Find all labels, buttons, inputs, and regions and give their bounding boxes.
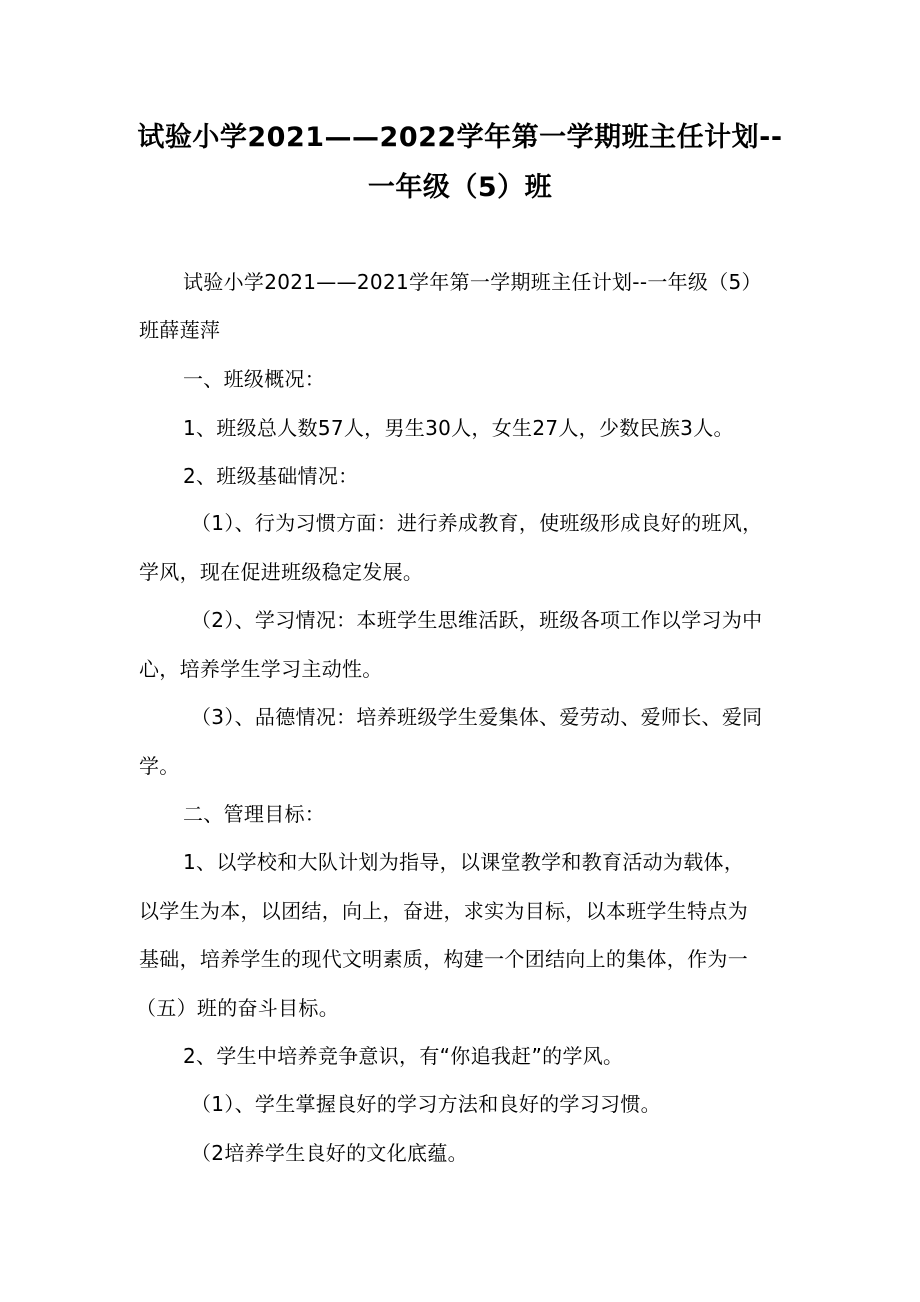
paragraph-line: 以学生为本，以团结，向上，奋进，求实为目标，以本班学生特点为 <box>139 897 748 925</box>
paragraph-line: 2、学生中培养竞争意识，有“你追我赶”的学风。 <box>183 1042 623 1070</box>
section-heading-class-overview: 一、班级概况： <box>183 365 325 393</box>
paragraph-line: （2培养学生良好的文化底蕴。 <box>191 1139 468 1167</box>
paragraph-line: （3）、品德情况：培养班级学生爱集体、爱劳动、爱师长、爱同 <box>191 703 762 731</box>
paragraph-line: （1）、行为习惯方面：进行养成教育，使班级形成良好的班风， <box>191 509 762 537</box>
paragraph-line: 1、以学校和大队计划为指导，以课堂教学和教育活动为载体， <box>183 848 744 876</box>
paragraph-line: 学。 <box>139 752 180 780</box>
paragraph-line: 心，培养学生学习主动性。 <box>139 655 383 683</box>
intro-line-author: 班薛莲萍 <box>139 316 220 344</box>
section-heading-management-goals: 二、管理目标： <box>183 800 325 828</box>
paragraph-line: 1、班级总人数57人，男生30人，女生27人，少数民族3人。 <box>183 414 734 442</box>
intro-line: 试验小学2021——2021学年第一学期班主任计划--一年级（5） <box>183 268 762 296</box>
document-title-line-2: 一年级（5）班 <box>100 170 820 206</box>
paragraph-line: 学风，现在促进班级稳定发展。 <box>139 558 423 586</box>
paragraph-line: 基础，培养学生的现代文明素质，构建一个团结向上的集体，作为一 <box>139 945 748 973</box>
document-title-line-1: 试验小学2021——2022学年第一学期班主任计划-- <box>100 120 820 156</box>
paragraph-line: （2）、学习情况：本班学生思维活跃，班级各项工作以学习为中 <box>191 606 762 634</box>
document-page: 试验小学2021——2022学年第一学期班主任计划-- 一年级（5）班 试验小学… <box>0 0 920 1302</box>
subheading-class-basics: 2、班级基础情况： <box>183 462 358 490</box>
paragraph-line: （五）班的奋斗目标。 <box>136 994 339 1022</box>
paragraph-line: （1）、学生掌握良好的学习方法和良好的学习习惯。 <box>191 1090 661 1118</box>
